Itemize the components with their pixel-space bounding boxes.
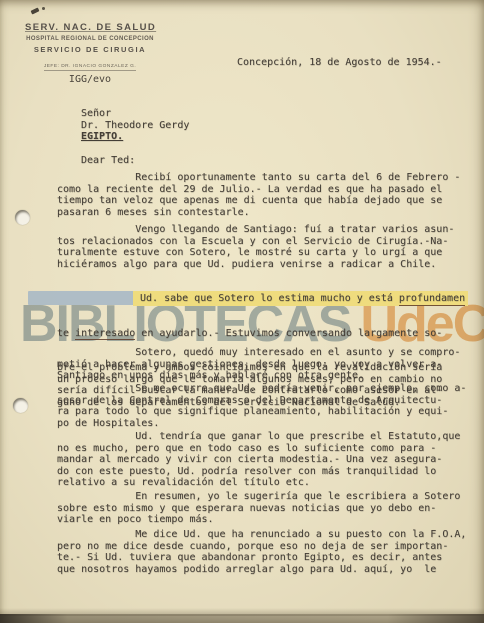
highlighted-text: Ud. sabe que Sotero lo estima mucho y es… — [140, 293, 399, 304]
letterhead-hospital: HOSPITAL REGIONAL DE CONCEPCION — [25, 36, 155, 42]
letterhead-reference: IGG/evo — [25, 74, 155, 85]
paragraph-8: Me dice Ud. que ha renunciado a su puest… — [57, 529, 466, 575]
greeting: Dear Ted: — [81, 155, 135, 167]
paragraph-6: Ud. tendría que ganar lo que prescribe e… — [57, 431, 460, 489]
letter-page: SERV. NAC. DE SALUD HOSPITAL REGIONAL DE… — [0, 0, 484, 623]
letterhead-chief: JEFE: DR. IGNACIO GONZALEZ G. — [44, 64, 136, 71]
ink-speck — [31, 7, 40, 14]
dateline: Concepción, 18 de Agosto de 1954.- — [237, 57, 442, 69]
paragraph-4: Sotero, quedó muy interesado en el asunt… — [57, 347, 460, 382]
paper-bottom-edge — [0, 614, 484, 623]
redaction-bar — [28, 291, 134, 305]
paragraph-7: En resumen, yo le sugeriría que le escri… — [57, 491, 460, 526]
underlined-word-interesado: interesado — [75, 328, 135, 341]
letterhead-org: SERV. NAC. DE SALUD — [25, 22, 155, 33]
underlined-word-profundamen: profundamen — [399, 293, 465, 306]
paragraph-5: Se me ocurre que Ud. podría venir, por e… — [57, 383, 466, 429]
recipient-block: Señor Dr. Theodore Gerdy EGIPTO. — [81, 108, 189, 143]
yellow-highlight: Ud. sabe que Sotero lo estima mucho y es… — [133, 291, 468, 306]
hole-punch-top — [15, 210, 30, 225]
hole-punch-bottom — [13, 398, 28, 413]
recipient-location: EGIPTO. — [81, 131, 123, 142]
highlighted-line: Ud. sabe que Sotero lo estima mucho y es… — [57, 293, 442, 305]
letterhead-stamp: SERV. NAC. DE SALUD HOSPITAL REGIONAL DE… — [25, 22, 155, 85]
recipient-name: Dr. Theodore Gerdy — [81, 120, 189, 131]
letterhead-service: SERVICIO DE CIRUGIA — [25, 45, 155, 54]
paragraph-3-line2: te interesado en ayudarlo.- Estuvimos co… — [57, 328, 442, 340]
paragraph-2: Vengo llegando de Santiago: fuí a tratar… — [57, 224, 454, 270]
ink-speck-small — [42, 7, 45, 10]
paragraph-1: Recibí oportunamente tanto su carta del … — [57, 172, 460, 218]
recipient-title: Señor — [81, 108, 111, 119]
